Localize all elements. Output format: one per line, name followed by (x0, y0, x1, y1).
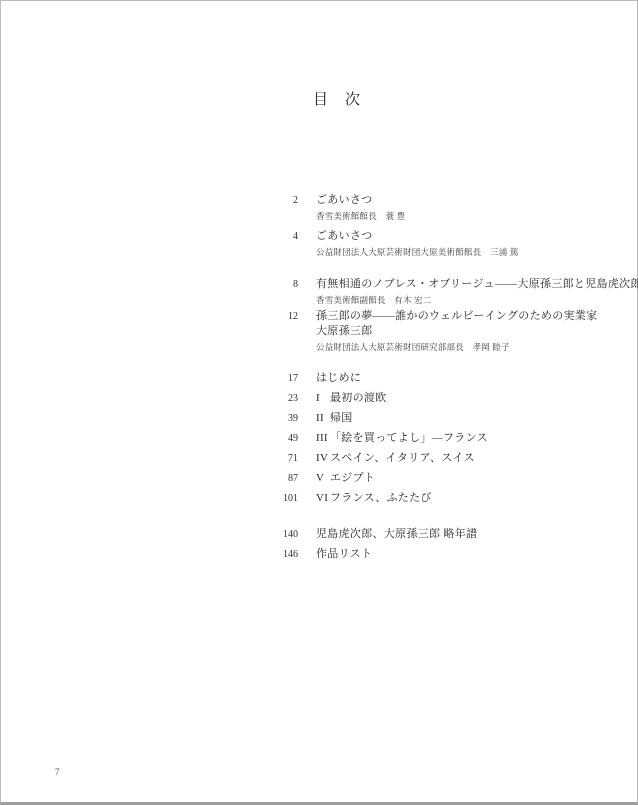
toc-entry-title: 児島虎次郎、大原孫三郎 略年譜 (316, 527, 607, 542)
toc-entry-author: 公益財団法人大原芸術財団研究部部長 孝岡 睦子 (316, 342, 607, 353)
chapter-title: 「絵を買ってよし」—フランス (330, 432, 488, 444)
toc-page-number: 39 (256, 411, 298, 426)
toc-entry-author: 香雪美術館副館長 有木 宏二 (316, 295, 607, 306)
toc-entry: 101 VIフランス、ふたたび (256, 491, 607, 506)
toc-entry-title: 作品リスト (316, 547, 607, 562)
toc-entry-title: Vエジプト (316, 471, 607, 486)
toc-entry-title: II帰国 (316, 411, 607, 426)
toc-page-number: 2 (256, 193, 298, 208)
toc-entry-title: VIフランス、ふたたび (316, 491, 607, 506)
toc-entry-author: 公益財団法人大原芸術財団大原美術館館長 三浦 篤 (316, 247, 607, 258)
toc-entry: 71 IVスペイン、イタリア、スイス (256, 451, 607, 466)
toc-page-number: 87 (256, 471, 298, 486)
toc-page-number: 8 (256, 277, 298, 292)
toc-entry-title: ごあいさつ (316, 229, 607, 244)
toc-page-number: 146 (256, 547, 298, 562)
toc-entry-title: ごあいさつ (316, 193, 607, 208)
chapter-title: スペイン、イタリア、スイス (330, 452, 475, 464)
page-title: 目 次 (313, 92, 361, 108)
toc-entry: 49 III「絵を買ってよし」—フランス (256, 431, 607, 446)
toc-page-number: 17 (256, 371, 298, 386)
toc-entry-title: 孫三郎の夢——誰かのウェルビーイングのための実業家 (316, 309, 607, 324)
toc-entry-title-line2: 大原孫三郎 (316, 324, 607, 339)
toc-page-number: 101 (256, 491, 298, 506)
chapter-title: フランス、ふたたび (330, 492, 432, 504)
toc-page-number: 49 (256, 431, 298, 446)
toc-entry-title: III「絵を買ってよし」—フランス (316, 431, 607, 446)
toc-page-number: 140 (256, 527, 298, 542)
toc-entry: 23 I最初の渡欧 (256, 391, 607, 406)
toc-entry: 140 児島虎次郎、大原孫三郎 略年譜 (256, 527, 607, 542)
toc-entry: 2 ごあいさつ 香雪美術館館長 蓑 豊 (256, 193, 607, 222)
toc-entry: 17 はじめに (256, 371, 607, 386)
toc-entry: 39 II帰国 (256, 411, 607, 426)
toc-entry: 87 Vエジプト (256, 471, 607, 486)
chapter-numeral: IV (316, 451, 330, 466)
chapter-numeral: III (316, 431, 330, 446)
toc-entry-title: IVスペイン、イタリア、スイス (316, 451, 607, 466)
chapter-numeral: I (316, 391, 330, 406)
toc-entry-author: 香雪美術館館長 蓑 豊 (316, 211, 607, 222)
toc-entry: 4 ごあいさつ 公益財団法人大原芸術財団大原美術館館長 三浦 篤 (256, 229, 607, 258)
chapter-title: エジプト (330, 472, 375, 484)
toc-entry: 146 作品リスト (256, 547, 607, 562)
chapter-numeral: VI (316, 491, 330, 506)
chapter-title: 最初の渡欧 (330, 392, 387, 404)
chapter-numeral: II (316, 411, 330, 426)
toc-page-number: 4 (256, 229, 298, 244)
toc-page-number: 23 (256, 391, 298, 406)
folio-page-number: 7 (55, 767, 60, 777)
toc-page: 目 次 2 ごあいさつ 香雪美術館館長 蓑 豊 4 ごあいさつ 公益財団法人大原… (0, 0, 638, 805)
chapter-title: 帰国 (330, 412, 353, 424)
toc-page-number: 12 (256, 309, 298, 324)
toc-page-number: 71 (256, 451, 298, 466)
toc-entry-title: I最初の渡欧 (316, 391, 607, 406)
toc-entry: 8 有無相通のノブレス・オブリージュ——大原孫三郎と児島虎次郎 香雪美術館副館長… (256, 277, 607, 306)
toc-entry-title: はじめに (316, 371, 607, 386)
chapter-numeral: V (316, 471, 330, 486)
toc-entry-title: 有無相通のノブレス・オブリージュ——大原孫三郎と児島虎次郎 (316, 277, 607, 292)
toc-entry: 12 孫三郎の夢——誰かのウェルビーイングのための実業家 大原孫三郎 公益財団法… (256, 309, 607, 353)
